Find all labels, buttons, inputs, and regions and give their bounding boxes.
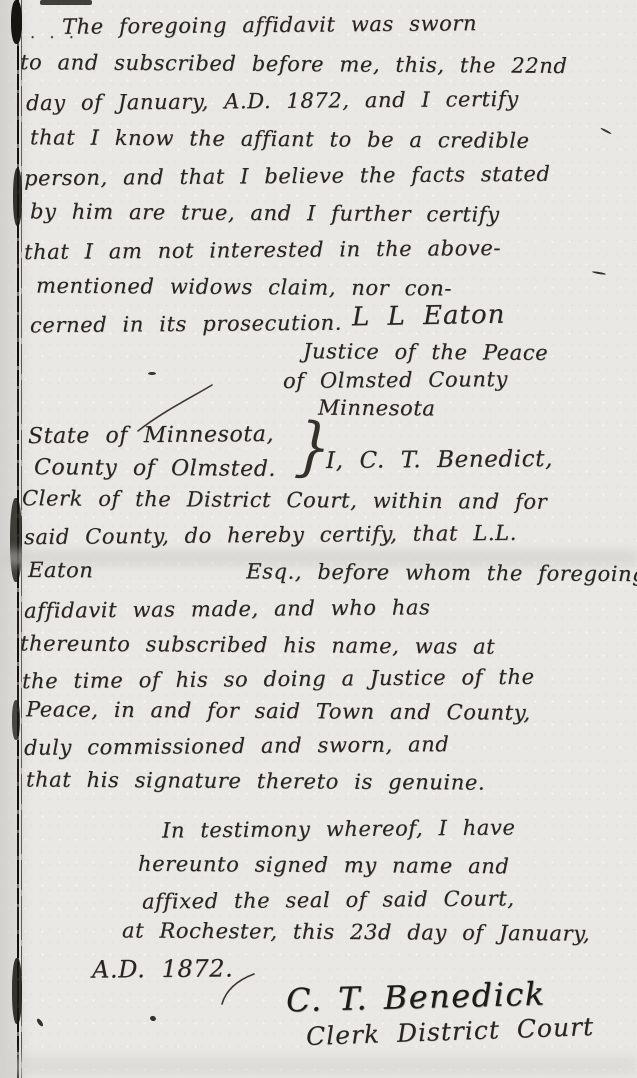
venue-state-line: State of Minnesota,: [28, 423, 274, 449]
jurat-line: to and subscribed before me, this, the 2…: [20, 51, 568, 78]
certificate-line: thereunto subscribed his name, was at: [20, 632, 495, 658]
venue-county-line: County of Olmsted.: [34, 456, 276, 482]
clerk-signature: C. T. Benedick: [286, 977, 547, 1019]
eaton-signature: L L Eaton: [352, 301, 506, 332]
certificate-line: Clerk of the District Court, within and …: [22, 487, 547, 514]
jurat-line: that I know the affiant to be a credible: [30, 126, 530, 153]
testimonium-line: A.D. 1872.: [92, 955, 234, 983]
pen-mark: [592, 271, 606, 275]
certificate-line: Peace, in and for said Town and County,: [26, 698, 531, 725]
justice-title-line: Minnesota: [318, 397, 436, 421]
testimonium-line: affixed the seal of said Court,: [142, 887, 515, 913]
testimonium-line: In testimony whereof, I have: [162, 816, 516, 842]
testimonium-line: at Rochester, this 23d day of January,: [122, 919, 590, 945]
jurat-line: person, and that I believe the facts sta…: [24, 163, 551, 191]
ink-blot: [12, 958, 22, 1024]
jurat-line: by him are true, and I further certify: [30, 200, 500, 226]
jurat-line: The foregoing affidavit was sworn: [62, 12, 477, 39]
jurat-line: cerned in its prosecution.: [30, 312, 342, 338]
ink-blot: [11, 0, 22, 44]
justice-title-line: Justice of the Peace: [303, 340, 548, 365]
document-page: . . . The foregoing affidavit was sworn …: [0, 0, 637, 1078]
certificate-line: the time of his so doing a Justice of th…: [22, 666, 535, 694]
ink-blot: [12, 700, 20, 740]
certificate-line: said County, do hereby certify, that L.L…: [24, 522, 517, 549]
scan-smudge: [0, 1056, 637, 1076]
certificate-line: that his signature thereto is genuine.: [26, 768, 485, 794]
jurat-line: that I am not interested in the above-: [24, 237, 501, 264]
clerk-signature-title: Clerk District Court: [306, 1013, 595, 1051]
ink-blot: [10, 498, 22, 582]
certificate-line: duly commissioned and sworn, and: [24, 733, 450, 760]
justice-title-line: of Olmsted County: [283, 368, 508, 393]
pen-mark: [148, 372, 156, 375]
jurat-line: mentioned widows claim, nor con-: [36, 275, 452, 301]
ink-blot: [13, 168, 22, 226]
jurat-line: day of January, A.D. 1872, and I certify: [26, 88, 519, 115]
certificate-intro: I, C. T. Benedict,: [326, 447, 553, 474]
pen-mark: [149, 1015, 156, 1022]
certificate-line: Eaton Esq., before whom the foregoing: [28, 559, 637, 586]
pen-mark: [600, 127, 612, 134]
pen-mark: [36, 1018, 44, 1028]
ink-blot: [40, 0, 92, 5]
certificate-line: affidavit was made, and who has: [24, 596, 431, 623]
testimonium-line: hereunto signed my name and: [138, 853, 510, 879]
